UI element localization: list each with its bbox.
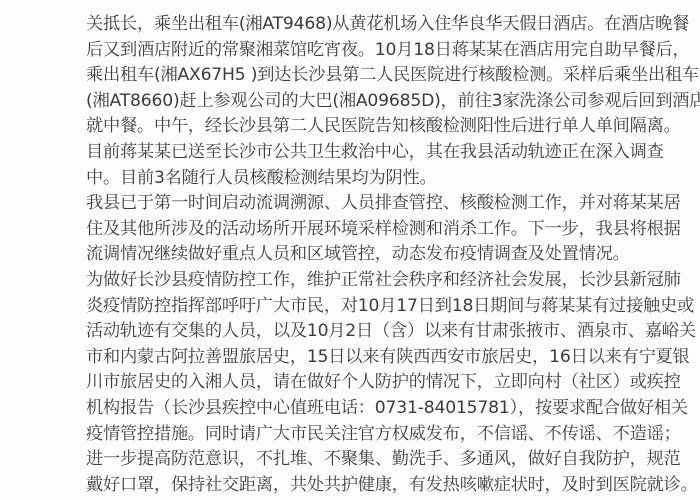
article-line: 炎疫情防控指挥部呼吁广大市民，对10月17日到18日期间与蒋某某有过接触史或: [86, 294, 676, 320]
article-line: 住及其他所涉及的活动场所开展环境采样检测和消杀工作。下一步，我县将根据: [86, 217, 676, 243]
article-line: 乘出租车(湘AX67H5 )到达长沙县第二人民医院进行核酸检测。采样后乘坐出租车: [86, 63, 676, 89]
article-line: (湘AT8660)赶上参观公司的大巴(湘A09685D)，前往3家洗涤公司参观后…: [86, 89, 676, 115]
article-line: 疫情管控措施。同时请广大市民关注官方权威发布，不信谣、不传谣、不造谣；: [86, 422, 676, 448]
article-line: 川市旅居史的入湘人员，请在做好个人防护的情况下，立即向村（社区）或疾控: [86, 370, 676, 396]
article-line: 进一步提高防范意识，不扎堆、不聚集、勤洗手、多通风，做好自我防护，规范: [86, 447, 676, 473]
article-line: 我县已于第一时间启动流调溯源、人员排查管控、核酸检测工作，并对蒋某某居: [86, 191, 676, 217]
document-page: 关抵长，乘坐出租车(湘AT9468)从黄花机场入住华良华天假日酒店。在酒店晚餐 …: [0, 0, 700, 500]
article-line: 后又到酒店附近的常聚湘菜馆吃宵夜。10月18日蒋某某在酒店用完自助早餐后，: [86, 38, 676, 64]
article-line: 关抵长，乘坐出租车(湘AT9468)从黄花机场入住华良华天假日酒店。在酒店晚餐: [86, 12, 676, 38]
article-line: 市和内蒙古阿拉善盟旅居史，15日以来有陕西西安市旅居史，16日以来有宁夏银: [86, 345, 676, 371]
article-body: 关抵长，乘坐出租车(湘AT9468)从黄花机场入住华良华天假日酒店。在酒店晚餐 …: [86, 12, 676, 498]
article-line: 活动轨迹有交集的人员，以及10月2日（含）以来有甘肃张掖市、酒泉市、嘉峪关: [86, 319, 676, 345]
article-line: 中。目前3名随行人员核酸检测结果均为阴性。: [86, 166, 676, 192]
article-line: 目前蒋某某已送至长沙市公共卫生救治中心，其在我县活动轨迹正在深入调查: [86, 140, 676, 166]
article-line: 为做好长沙县疫情防控工作，维护正常社会秩序和经济社会发展，长沙县新冠肺: [86, 268, 676, 294]
article-line: 流调情况继续做好重点人员和区域管控，动态发布疫情调查及处置情况。: [86, 242, 676, 268]
article-line: 机构报告（长沙县疾控中心值班电话：0731-84015781），按要求配合做好相…: [86, 396, 676, 422]
article-line: 戴好口罩，保持社交距离，共处共护健康，有发热咳嗽症状时，及时到医院就诊。: [86, 473, 676, 499]
article-line: 就中餐。中午，经长沙县第二人民医院告知核酸检测阳性后进行单人单间隔离。: [86, 114, 676, 140]
